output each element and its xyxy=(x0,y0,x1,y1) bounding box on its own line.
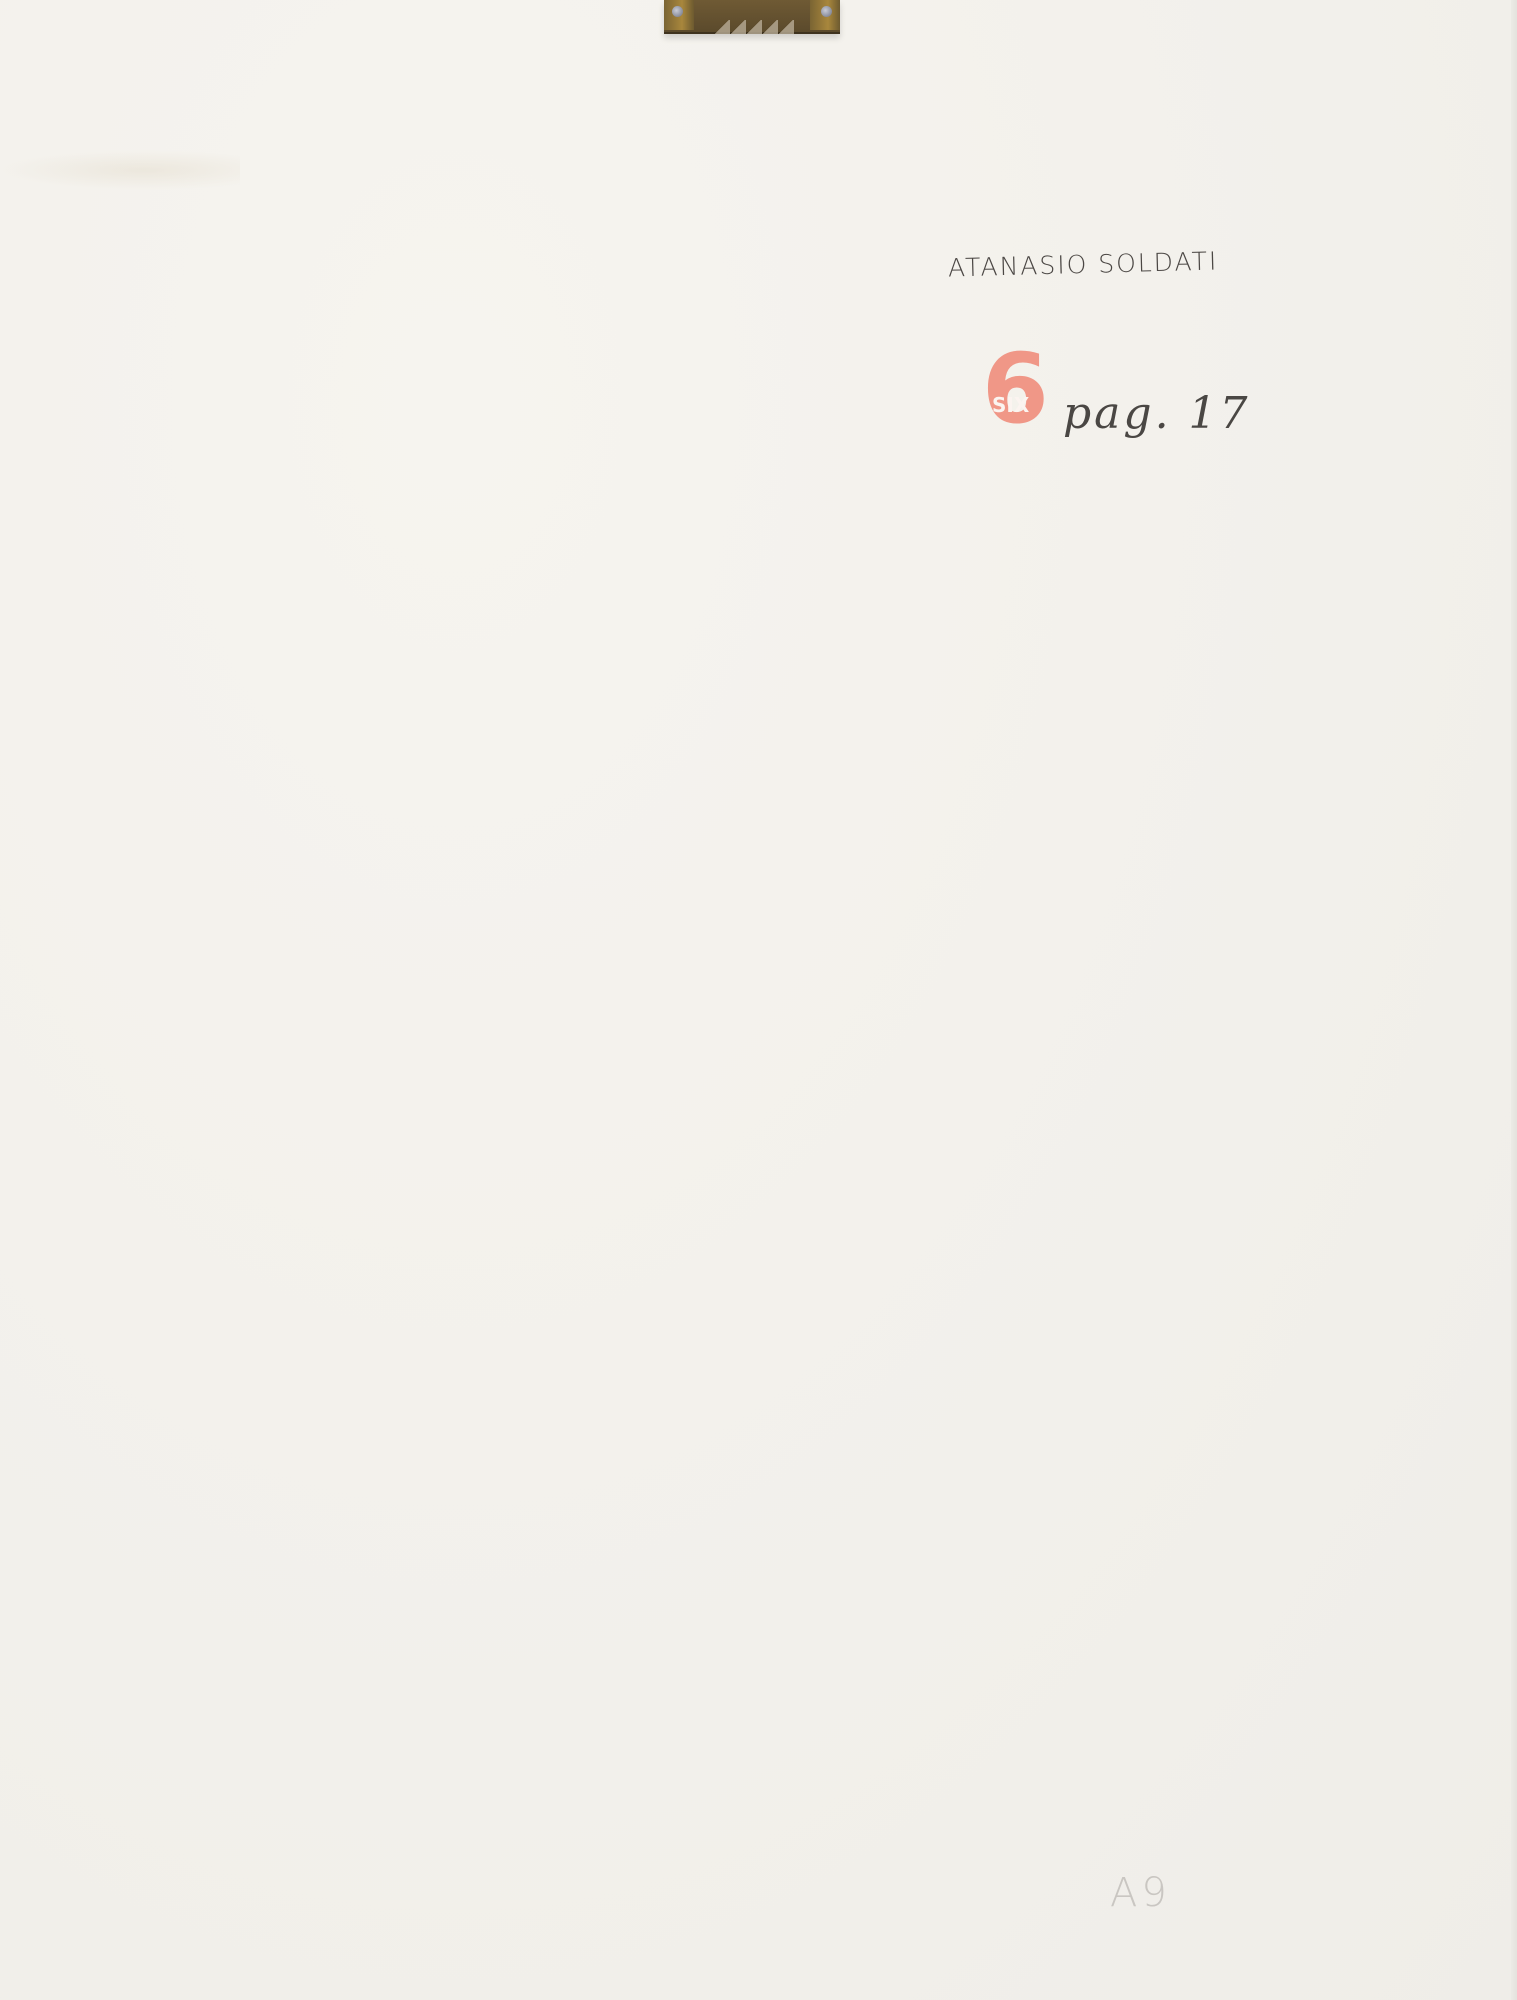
screw-icon xyxy=(672,6,683,17)
paper-smudge xyxy=(0,150,240,190)
six-stamp: 6 SIX xyxy=(982,355,1048,435)
corner-pencil-mark: A9 xyxy=(1110,1870,1171,1916)
sheet-edge xyxy=(1511,0,1517,2000)
artist-name-inscription: ATANASIO SOLDATI xyxy=(948,246,1219,282)
screw-icon xyxy=(821,6,832,17)
artwork-back-sheet: ATANASIO SOLDATI 6 SIX pag. 17 A9 xyxy=(0,0,1517,2000)
sawtooth-hanger-icon xyxy=(664,0,840,34)
stamp-word: SIX xyxy=(992,393,1029,417)
stamp-digit: 6 xyxy=(982,341,1049,437)
page-reference-inscription: pag. 17 xyxy=(1063,388,1251,439)
hanger-teeth xyxy=(714,20,794,34)
